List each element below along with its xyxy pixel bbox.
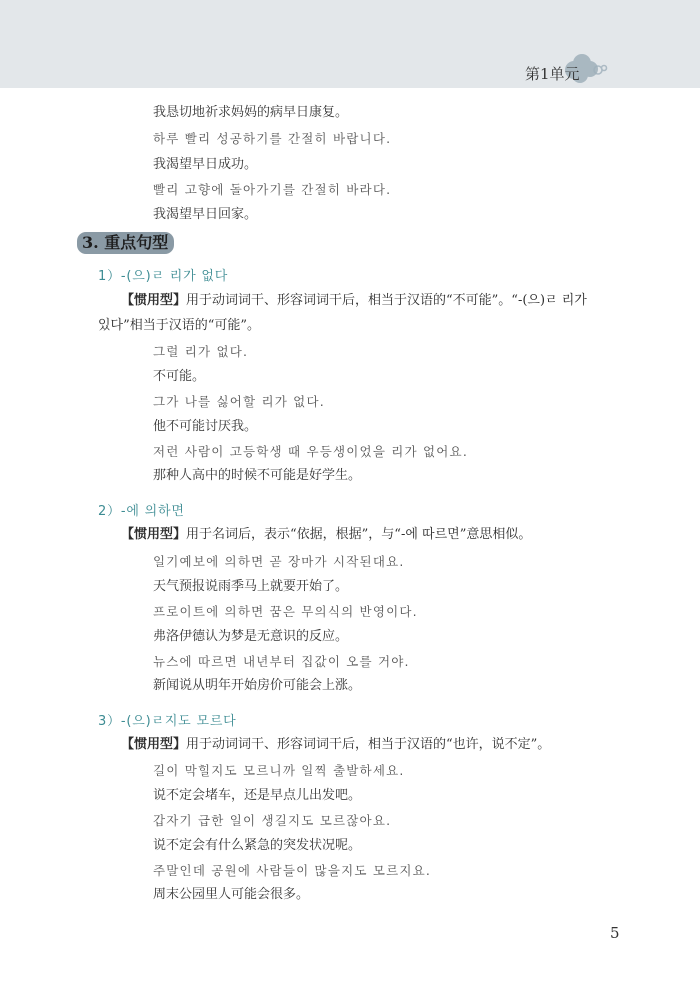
intro-example-zh: 我渴望早日成功。 [153,156,257,174]
section-title: 3. 重点句型 [77,232,174,254]
example-ko: 그가 나를 싫어할 리가 없다. [153,393,325,411]
example-ko: 일기예보에 의하면 곧 장마가 시작된대요. [153,553,405,571]
example-zh: 他不可能讨厌我。 [153,418,257,436]
unit-label: 第1单元 [525,63,580,84]
example-ko: 그럴 리가 없다. [153,343,248,361]
page-number: 5 [610,924,620,942]
pattern-explanation: 【惯用型】用于名词后，表示“依据，根据”，与“-에 따르면”意思相似。 [121,526,531,544]
example-ko: 프로이트에 의하면 꿈은 무의식의 반영이다. [153,603,418,621]
example-zh: 弗洛伊德认为梦是无意识的反应。 [153,628,348,646]
example-ko: 갑자기 급한 일이 생길지도 모르잖아요. [153,812,391,830]
pattern-explanation: 【惯用型】用于动词词干、形容词词干后，相当于汉语的“也许，说不定”。 [121,736,550,754]
intro-example-ko: 빨리 고향에 돌아가기를 간절히 바라다. [153,181,391,199]
pattern-heading: 2）-에 의하면 [98,500,185,519]
example-ko: 저런 사람이 고등학생 때 우등생이었을 리가 없어요. [153,443,468,461]
pattern-tag: 【惯用型】 [121,293,186,308]
example-zh: 不可能。 [153,368,205,386]
pattern-heading: 1）-(으)ㄹ 리가 없다 [98,265,228,284]
example-zh: 说不定会堵车，还是早点儿出发吧。 [153,787,361,805]
example-zh: 天气预报说雨季马上就要开始了。 [153,578,348,596]
example-zh: 周末公园里人可能会很多。 [153,886,309,904]
intro-example-zh: 我渴望早日回家。 [153,206,257,224]
example-zh: 说不定会有什么紧急的突发状况呢。 [153,837,361,855]
pattern-tag: 【惯用型】 [121,737,186,752]
example-zh: 新闻说从明年开始房价可能会上涨。 [153,677,361,695]
example-ko: 뉴스에 따르면 내년부터 집값이 오를 거야. [153,653,410,671]
pattern-explanation: 【惯用型】用于动词词干、形容词词干后，相当于汉语的“不可能”。“-(으)ㄹ 리가 [121,292,587,310]
pattern-tag: 【惯用型】 [121,527,186,542]
example-ko: 주말인데 공원에 사람들이 많을지도 모르지요. [153,862,431,880]
example-ko: 길이 막힐지도 모르니까 일찍 출발하세요. [153,762,405,780]
intro-example-ko: 하루 빨리 성공하기를 간절히 바랍니다. [153,130,391,148]
pattern-explanation-cont: 있다”相当于汉语的“可能”。 [98,317,260,335]
pattern-heading: 3）-(으)ㄹ지도 모르다 [98,710,237,729]
intro-example-zh: 我恳切地祈求妈妈的病早日康复。 [153,104,348,122]
example-zh: 那种人高中的时候不可能是好学生。 [153,467,361,485]
